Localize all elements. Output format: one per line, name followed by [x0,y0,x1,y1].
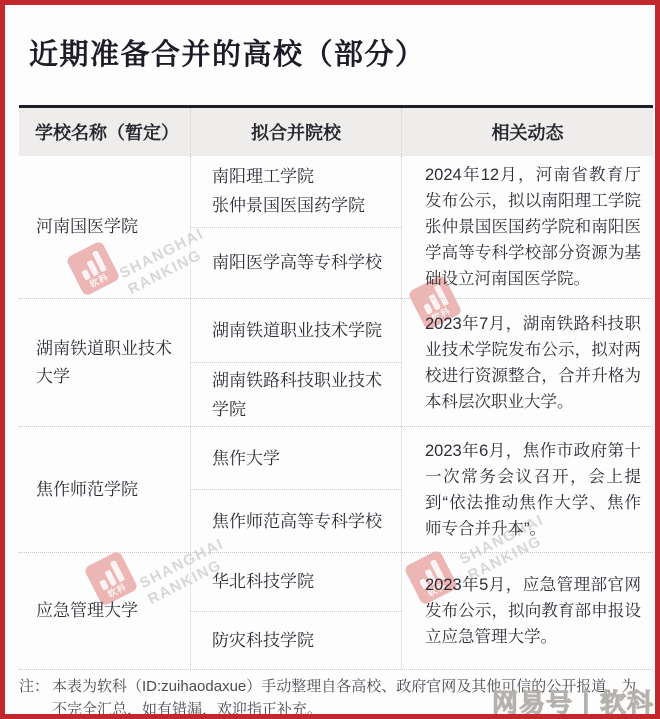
infographic-page: { "title": "近期准备合并的高校（部分）", "table": { "… [0,0,660,719]
merging-college: 湖南铁道职业技术学院 [191,299,401,362]
related-news-cell: 2023年7月，湖南铁路科技职业技术学院发布公示，拟对两校进行资源整合，合并升格… [402,299,653,426]
footnote-label: 注： [19,675,49,719]
merging-college: 防灾科技学院 [191,611,401,670]
school-name-cell: 焦作师范学院 [19,427,190,552]
related-news-cell: 2023年6月，焦作市政府第十一次常务会议召开，会上提到“依法推动焦作大学、焦作… [402,427,653,552]
merging-colleges-cell: 华北科技学院 防灾科技学院 [190,553,402,669]
school-name-cell: 应急管理大学 [19,553,190,669]
merging-college: 华北科技学院 [191,553,401,611]
merging-colleges-cell: 焦作大学 焦作师范高等专科学校 [190,427,402,552]
school-name-cell: 湖南铁道职业技术大学 [19,299,190,426]
merger-table: 学校名称（暂定） 拟合并院校 相关动态 河南国医学院 南阳理工学院 张仲景国医国… [19,105,653,670]
table-row: 焦作师范学院 焦作大学 焦作师范高等专科学校 2023年6月，焦作市政府第十一次… [19,426,653,552]
column-header-school: 学校名称（暂定） [19,108,190,156]
column-header-news: 相关动态 [402,108,653,156]
table-row: 应急管理大学 华北科技学院 防灾科技学院 2023年5月，应急管理部官网发布公示… [19,552,653,669]
page-title: 近期准备合并的高校（部分） [29,32,426,73]
related-news-cell: 2024年12月，河南省教育厅发布公示，拟以南阳理工学院张仲景国医国药学院和南阳… [402,156,653,298]
merging-colleges-cell: 湖南铁道职业技术学院 湖南铁路科技职业技术学院 [190,299,402,426]
related-news-cell: 2023年5月，应急管理部官网发布公示，拟向教育部申报设立应急管理大学。 [402,553,653,669]
merging-colleges-cell: 南阳理工学院 张仲景国医国药学院 南阳医学高等专科学校 [190,156,402,298]
table-row: 湖南铁道职业技术大学 湖南铁道职业技术学院 湖南铁路科技职业技术学院 2023年… [19,298,653,426]
table-header-row: 学校名称（暂定） 拟合并院校 相关动态 [19,108,653,156]
merging-college: 湖南铁路科技职业技术学院 [191,362,401,426]
netease-site-watermark: 网易号丨软科 [492,683,654,719]
merging-college: 焦作师范高等专科学校 [191,489,401,552]
column-header-merging: 拟合并院校 [190,108,402,156]
merging-college: 焦作大学 [191,427,401,489]
table-row: 河南国医学院 南阳理工学院 张仲景国医国药学院 南阳医学高等专科学校 2024年… [19,156,653,298]
merging-college: 南阳理工学院 张仲景国医国药学院 [191,156,401,227]
merging-college: 南阳医学高等专科学校 [191,227,401,299]
school-name-cell: 河南国医学院 [19,156,190,298]
